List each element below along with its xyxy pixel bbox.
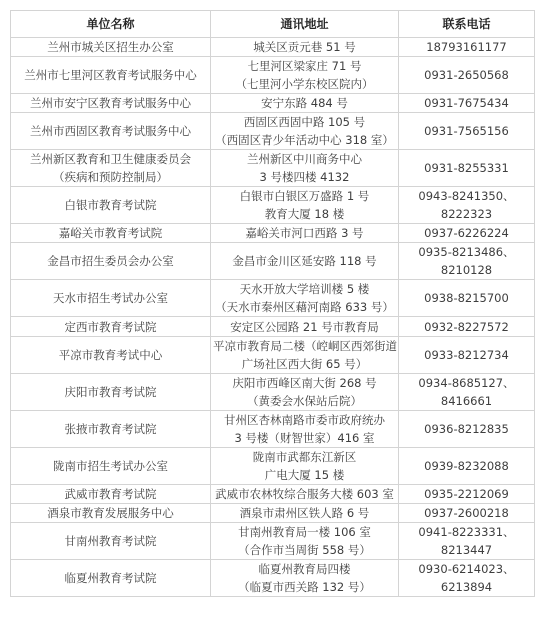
unit-name-line: 兰州市城关区招生办公室 bbox=[13, 38, 208, 56]
phone-line: 8416661 bbox=[401, 392, 532, 410]
table-row: 兰州市西固区教育考试服务中心西固区西固中路 105 号（西固区青少年活动中心 3… bbox=[11, 113, 535, 150]
address-line: 白银市白银区万盛路 1 号 bbox=[213, 187, 396, 205]
address-line: （黄委会水保站后院） bbox=[213, 392, 396, 410]
unit-name-line: 定西市教育考试院 bbox=[13, 318, 208, 336]
address-cell: 酒泉市肃州区铁人路 6 号 bbox=[211, 504, 399, 523]
address-line: 3 号楼四楼 4132 bbox=[213, 168, 396, 186]
address-line: 兰州新区中川商务中心 bbox=[213, 150, 396, 168]
unit-name-cell: 临夏州教育考试院 bbox=[11, 560, 211, 597]
address-line: 教育大厦 18 楼 bbox=[213, 205, 396, 223]
address-cell: 西固区西固中路 105 号（西固区青少年活动中心 318 室） bbox=[211, 113, 399, 150]
table-row: 兰州市七里河区教育考试服务中心七里河区梁家庄 71 号（七里河小学东校区院内）0… bbox=[11, 57, 535, 94]
phone-line: 0930-6214023、 bbox=[401, 560, 532, 578]
address-cell: 金昌市金川区延安路 118 号 bbox=[211, 243, 399, 280]
phone-line: 0937-2600218 bbox=[401, 504, 532, 522]
table-row: 平凉市教育考试中心平凉市教育局二楼（崆峒区西郊街道广场社区西大街 65 号）09… bbox=[11, 337, 535, 374]
address-cell: 安定区公园路 21 号市教育局 bbox=[211, 317, 399, 337]
table-row: 兰州新区教育和卫生健康委员会（疾病和预防控制局）兰州新区中川商务中心3 号楼四楼… bbox=[11, 150, 535, 187]
address-line: 广电大厦 15 楼 bbox=[213, 466, 396, 484]
address-line: 临夏州教育局四楼 bbox=[213, 560, 396, 578]
phone-line: 0939-8232088 bbox=[401, 457, 532, 475]
unit-name-line: 嘉峪关市教育考试院 bbox=[13, 224, 208, 242]
phone-line: 0934-8685127、 bbox=[401, 374, 532, 392]
address-line: （临夏市西关路 132 号） bbox=[213, 578, 396, 596]
address-line: 武威市农林牧综合服务大楼 603 室 bbox=[213, 485, 396, 503]
address-line: 3 号楼（财智世家）416 室 bbox=[213, 429, 396, 447]
address-line: 嘉峪关市河口西路 3 号 bbox=[213, 224, 396, 242]
address-line: （天水市秦州区藉河南路 633 号） bbox=[213, 298, 396, 316]
table-row: 嘉峪关市教育考试院嘉峪关市河口西路 3 号0937-6226224 bbox=[11, 224, 535, 243]
header-unit-name: 单位名称 bbox=[11, 11, 211, 38]
address-cell: 城关区贡元巷 51 号 bbox=[211, 38, 399, 57]
phone-cell: 0941-8223331、8213447 bbox=[399, 523, 535, 560]
phone-line: 0941-8223331、 bbox=[401, 523, 532, 541]
phone-line: 0931-7565156 bbox=[401, 122, 532, 140]
header-phone: 联系电话 bbox=[399, 11, 535, 38]
phone-line: 0943-8241350、 bbox=[401, 187, 532, 205]
phone-cell: 18793161177 bbox=[399, 38, 535, 57]
phone-cell: 0937-6226224 bbox=[399, 224, 535, 243]
unit-name-cell: 庆阳市教育考试院 bbox=[11, 374, 211, 411]
table-row: 武威市教育考试院武威市农林牧综合服务大楼 603 室0935-2212069 bbox=[11, 485, 535, 504]
phone-cell: 0935-8213486、8210128 bbox=[399, 243, 535, 280]
unit-name-cell: 武威市教育考试院 bbox=[11, 485, 211, 504]
address-cell: 庆阳市西峰区南大街 268 号（黄委会水保站后院） bbox=[211, 374, 399, 411]
address-line: 陇南市武都东江新区 bbox=[213, 448, 396, 466]
address-cell: 甘州区杏林南路市委市政府统办3 号楼（财智世家）416 室 bbox=[211, 411, 399, 448]
phone-line: 0931-8255331 bbox=[401, 159, 532, 177]
unit-name-line: 天水市招生考试办公室 bbox=[13, 289, 208, 307]
table-row: 张掖市教育考试院甘州区杏林南路市委市政府统办3 号楼（财智世家）416 室093… bbox=[11, 411, 535, 448]
phone-line: 0933-8212734 bbox=[401, 346, 532, 364]
unit-name-line: 张掖市教育考试院 bbox=[13, 420, 208, 438]
table-row: 陇南市招生考试办公室陇南市武都东江新区广电大厦 15 楼0939-8232088 bbox=[11, 448, 535, 485]
phone-line: 0931-7675434 bbox=[401, 94, 532, 112]
unit-name-cell: 定西市教育考试院 bbox=[11, 317, 211, 337]
phone-line: 0937-6226224 bbox=[401, 224, 532, 242]
address-cell: 天水开放大学培训楼 5 楼（天水市秦州区藉河南路 633 号） bbox=[211, 280, 399, 317]
unit-name-line: 武威市教育考试院 bbox=[13, 485, 208, 503]
table-row: 甘南州教育考试院甘南州教育局一楼 106 室（合作市当周街 558 号）0941… bbox=[11, 523, 535, 560]
address-line: 甘南州教育局一楼 106 室 bbox=[213, 523, 396, 541]
address-cell: 白银市白银区万盛路 1 号教育大厦 18 楼 bbox=[211, 187, 399, 224]
unit-name-line: 庆阳市教育考试院 bbox=[13, 383, 208, 401]
unit-name-line: 金昌市招生委员会办公室 bbox=[13, 252, 208, 270]
phone-cell: 0937-2600218 bbox=[399, 504, 535, 523]
phone-line: 0931-2650568 bbox=[401, 66, 532, 84]
unit-name-cell: 兰州新区教育和卫生健康委员会（疾病和预防控制局） bbox=[11, 150, 211, 187]
unit-name-line: 兰州市西固区教育考试服务中心 bbox=[13, 122, 208, 140]
table-row: 白银市教育考试院白银市白银区万盛路 1 号教育大厦 18 楼0943-82413… bbox=[11, 187, 535, 224]
table-row: 庆阳市教育考试院庆阳市西峰区南大街 268 号（黄委会水保站后院）0934-86… bbox=[11, 374, 535, 411]
unit-name-line: 兰州市安宁区教育考试服务中心 bbox=[13, 94, 208, 112]
address-line: 广场社区西大街 65 号） bbox=[213, 355, 396, 373]
unit-name-line: 陇南市招生考试办公室 bbox=[13, 457, 208, 475]
address-cell: 安宁东路 484 号 bbox=[211, 94, 399, 113]
phone-cell: 0931-7675434 bbox=[399, 94, 535, 113]
address-line: 甘州区杏林南路市委市政府统办 bbox=[213, 411, 396, 429]
phone-cell: 0930-6214023、6213894 bbox=[399, 560, 535, 597]
address-line: 酒泉市肃州区铁人路 6 号 bbox=[213, 504, 396, 522]
unit-name-cell: 张掖市教育考试院 bbox=[11, 411, 211, 448]
address-line: 城关区贡元巷 51 号 bbox=[213, 38, 396, 56]
unit-name-cell: 酒泉市教育发展服务中心 bbox=[11, 504, 211, 523]
address-line: 庆阳市西峰区南大街 268 号 bbox=[213, 374, 396, 392]
header-row: 单位名称 通讯地址 联系电话 bbox=[11, 11, 535, 38]
phone-cell: 0935-2212069 bbox=[399, 485, 535, 504]
unit-name-line: 白银市教育考试院 bbox=[13, 196, 208, 214]
address-cell: 临夏州教育局四楼（临夏市西关路 132 号） bbox=[211, 560, 399, 597]
unit-name-line: （疾病和预防控制局） bbox=[13, 168, 208, 186]
phone-cell: 0939-8232088 bbox=[399, 448, 535, 485]
phone-cell: 0936-8212835 bbox=[399, 411, 535, 448]
address-line: 七里河区梁家庄 71 号 bbox=[213, 57, 396, 75]
phone-cell: 0943-8241350、8222323 bbox=[399, 187, 535, 224]
phone-line: 8213447 bbox=[401, 541, 532, 559]
address-cell: 平凉市教育局二楼（崆峒区西郊街道广场社区西大街 65 号） bbox=[211, 337, 399, 374]
address-line: （七里河小学东校区院内） bbox=[213, 75, 396, 93]
phone-line: 0935-8213486、 bbox=[401, 243, 532, 261]
table-row: 天水市招生考试办公室天水开放大学培训楼 5 楼（天水市秦州区藉河南路 633 号… bbox=[11, 280, 535, 317]
unit-name-cell: 嘉峪关市教育考试院 bbox=[11, 224, 211, 243]
unit-name-cell: 白银市教育考试院 bbox=[11, 187, 211, 224]
table-body: 兰州市城关区招生办公室城关区贡元巷 51 号18793161177兰州市七里河区… bbox=[11, 38, 535, 597]
address-line: 平凉市教育局二楼（崆峒区西郊街道 bbox=[213, 337, 396, 355]
address-line: 安定区公园路 21 号市教育局 bbox=[213, 318, 396, 336]
address-line: （合作市当周街 558 号） bbox=[213, 541, 396, 559]
phone-line: 18793161177 bbox=[401, 38, 532, 56]
unit-name-cell: 兰州市城关区招生办公室 bbox=[11, 38, 211, 57]
phone-cell: 0931-2650568 bbox=[399, 57, 535, 94]
phone-cell: 0932-8227572 bbox=[399, 317, 535, 337]
phone-line: 8222323 bbox=[401, 205, 532, 223]
unit-name-cell: 天水市招生考试办公室 bbox=[11, 280, 211, 317]
unit-name-line: 临夏州教育考试院 bbox=[13, 569, 208, 587]
table-row: 酒泉市教育发展服务中心酒泉市肃州区铁人路 6 号0937-2600218 bbox=[11, 504, 535, 523]
unit-name-cell: 兰州市七里河区教育考试服务中心 bbox=[11, 57, 211, 94]
address-cell: 甘南州教育局一楼 106 室（合作市当周街 558 号） bbox=[211, 523, 399, 560]
unit-name-cell: 兰州市安宁区教育考试服务中心 bbox=[11, 94, 211, 113]
address-line: 安宁东路 484 号 bbox=[213, 94, 396, 112]
table-row: 金昌市招生委员会办公室金昌市金川区延安路 118 号0935-8213486、8… bbox=[11, 243, 535, 280]
table-row: 兰州市安宁区教育考试服务中心安宁东路 484 号0931-7675434 bbox=[11, 94, 535, 113]
unit-name-cell: 金昌市招生委员会办公室 bbox=[11, 243, 211, 280]
phone-line: 0938-8215700 bbox=[401, 289, 532, 307]
unit-name-line: 兰州市七里河区教育考试服务中心 bbox=[13, 66, 208, 84]
phone-cell: 0934-8685127、8416661 bbox=[399, 374, 535, 411]
unit-name-line: 甘南州教育考试院 bbox=[13, 532, 208, 550]
phone-cell: 0931-7565156 bbox=[399, 113, 535, 150]
address-cell: 嘉峪关市河口西路 3 号 bbox=[211, 224, 399, 243]
table-row: 定西市教育考试院安定区公园路 21 号市教育局0932-8227572 bbox=[11, 317, 535, 337]
phone-line: 0935-2212069 bbox=[401, 485, 532, 503]
table-row: 兰州市城关区招生办公室城关区贡元巷 51 号18793161177 bbox=[11, 38, 535, 57]
unit-name-cell: 平凉市教育考试中心 bbox=[11, 337, 211, 374]
address-line: （西固区青少年活动中心 318 室） bbox=[213, 131, 396, 149]
unit-name-cell: 兰州市西固区教育考试服务中心 bbox=[11, 113, 211, 150]
unit-name-cell: 陇南市招生考试办公室 bbox=[11, 448, 211, 485]
phone-cell: 0933-8212734 bbox=[399, 337, 535, 374]
phone-line: 8210128 bbox=[401, 261, 532, 279]
table-row: 临夏州教育考试院临夏州教育局四楼（临夏市西关路 132 号）0930-62140… bbox=[11, 560, 535, 597]
unit-name-line: 兰州新区教育和卫生健康委员会 bbox=[13, 150, 208, 168]
phone-line: 0936-8212835 bbox=[401, 420, 532, 438]
unit-name-line: 酒泉市教育发展服务中心 bbox=[13, 504, 208, 522]
header-address: 通讯地址 bbox=[211, 11, 399, 38]
address-cell: 陇南市武都东江新区广电大厦 15 楼 bbox=[211, 448, 399, 485]
phone-line: 6213894 bbox=[401, 578, 532, 596]
unit-name-cell: 甘南州教育考试院 bbox=[11, 523, 211, 560]
address-cell: 武威市农林牧综合服务大楼 603 室 bbox=[211, 485, 399, 504]
address-line: 金昌市金川区延安路 118 号 bbox=[213, 252, 396, 270]
contact-table: 单位名称 通讯地址 联系电话 兰州市城关区招生办公室城关区贡元巷 51 号187… bbox=[10, 10, 535, 597]
address-cell: 七里河区梁家庄 71 号（七里河小学东校区院内） bbox=[211, 57, 399, 94]
phone-cell: 0938-8215700 bbox=[399, 280, 535, 317]
phone-line: 0932-8227572 bbox=[401, 318, 532, 336]
unit-name-line: 平凉市教育考试中心 bbox=[13, 346, 208, 364]
address-cell: 兰州新区中川商务中心3 号楼四楼 4132 bbox=[211, 150, 399, 187]
address-line: 天水开放大学培训楼 5 楼 bbox=[213, 280, 396, 298]
phone-cell: 0931-8255331 bbox=[399, 150, 535, 187]
address-line: 西固区西固中路 105 号 bbox=[213, 113, 396, 131]
